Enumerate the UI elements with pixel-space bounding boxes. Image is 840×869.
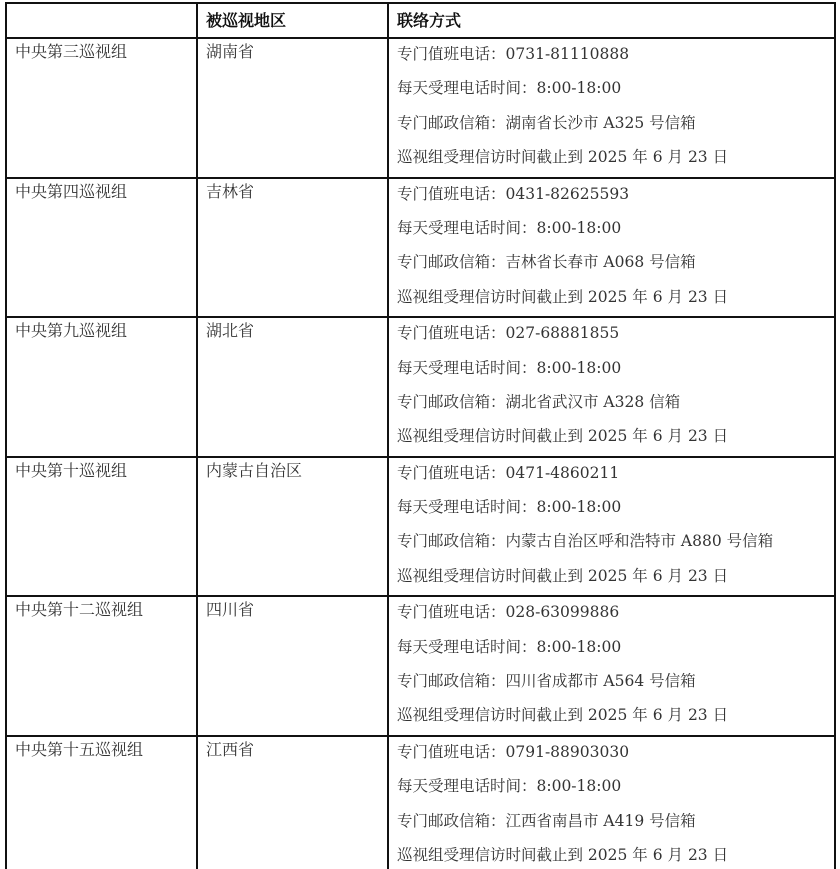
region-cell: 湖南省 xyxy=(197,38,388,178)
duty-phone: 专门值班电话：0431-82625593 xyxy=(397,179,834,213)
phone-hours: 每天受理电话时间：8:00-18:00 xyxy=(397,213,834,247)
header-group xyxy=(6,3,197,38)
group-cell: 中央第十巡视组 xyxy=(6,457,197,597)
contact-cell: 专门值班电话：0431-82625593 每天受理电话时间：8:00-18:00… xyxy=(388,178,835,318)
contact-cell: 专门值班电话：028-63099886 每天受理电话时间：8:00-18:00 … xyxy=(388,596,835,736)
petition-deadline: 巡视组受理信访时间截止到 2025 年 6 月 23 日 xyxy=(397,421,834,455)
table-row: 中央第四巡视组 吉林省 专门值班电话：0431-82625593 每天受理电话时… xyxy=(6,178,835,318)
contact-cell: 专门值班电话：0471-4860211 每天受理电话时间：8:00-18:00 … xyxy=(388,457,835,597)
region-cell: 湖北省 xyxy=(197,317,388,457)
header-contact: 联络方式 xyxy=(388,3,835,38)
region-cell: 吉林省 xyxy=(197,178,388,318)
contact-cell: 专门值班电话：027-68881855 每天受理电话时间：8:00-18:00 … xyxy=(388,317,835,457)
petition-deadline: 巡视组受理信访时间截止到 2025 年 6 月 23 日 xyxy=(397,700,834,734)
inspection-contact-table: 被巡视地区 联络方式 中央第三巡视组 湖南省 专门值班电话：0731-81110… xyxy=(5,2,836,869)
phone-hours: 每天受理电话时间：8:00-18:00 xyxy=(397,492,834,526)
phone-hours: 每天受理电话时间：8:00-18:00 xyxy=(397,353,834,387)
group-cell: 中央第四巡视组 xyxy=(6,178,197,318)
table-row: 中央第十二巡视组 四川省 专门值班电话：028-63099886 每天受理电话时… xyxy=(6,596,835,736)
table-row: 中央第三巡视组 湖南省 专门值班电话：0731-81110888 每天受理电话时… xyxy=(6,38,835,178)
duty-phone: 专门值班电话：027-68881855 xyxy=(397,318,834,352)
petition-deadline: 巡视组受理信访时间截止到 2025 年 6 月 23 日 xyxy=(397,282,834,316)
petition-deadline: 巡视组受理信访时间截止到 2025 年 6 月 23 日 xyxy=(397,142,834,176)
postal-mailbox: 专门邮政信箱：吉林省长春市 A068 号信箱 xyxy=(397,247,834,281)
phone-hours: 每天受理电话时间：8:00-18:00 xyxy=(397,632,834,666)
postal-mailbox: 专门邮政信箱：四川省成都市 A564 号信箱 xyxy=(397,666,834,700)
duty-phone: 专门值班电话：0731-81110888 xyxy=(397,39,834,73)
region-cell: 江西省 xyxy=(197,736,388,869)
postal-mailbox: 专门邮政信箱：内蒙古自治区呼和浩特市 A880 号信箱 xyxy=(397,526,834,560)
contact-cell: 专门值班电话：0791-88903030 每天受理电话时间：8:00-18:00… xyxy=(388,736,835,869)
duty-phone: 专门值班电话：0791-88903030 xyxy=(397,737,834,771)
header-region: 被巡视地区 xyxy=(197,3,388,38)
table-row: 中央第十五巡视组 江西省 专门值班电话：0791-88903030 每天受理电话… xyxy=(6,736,835,869)
duty-phone: 专门值班电话：028-63099886 xyxy=(397,597,834,631)
postal-mailbox: 专门邮政信箱：湖南省长沙市 A325 号信箱 xyxy=(397,108,834,142)
region-cell: 四川省 xyxy=(197,596,388,736)
postal-mailbox: 专门邮政信箱：湖北省武汉市 A328 信箱 xyxy=(397,387,834,421)
table-row: 中央第十巡视组 内蒙古自治区 专门值班电话：0471-4860211 每天受理电… xyxy=(6,457,835,597)
group-cell: 中央第三巡视组 xyxy=(6,38,197,178)
phone-hours: 每天受理电话时间：8:00-18:00 xyxy=(397,73,834,107)
region-cell: 内蒙古自治区 xyxy=(197,457,388,597)
table-row: 中央第九巡视组 湖北省 专门值班电话：027-68881855 每天受理电话时间… xyxy=(6,317,835,457)
petition-deadline: 巡视组受理信访时间截止到 2025 年 6 月 23 日 xyxy=(397,561,834,595)
group-cell: 中央第十二巡视组 xyxy=(6,596,197,736)
duty-phone: 专门值班电话：0471-4860211 xyxy=(397,458,834,492)
petition-deadline: 巡视组受理信访时间截止到 2025 年 6 月 23 日 xyxy=(397,840,834,869)
group-cell: 中央第十五巡视组 xyxy=(6,736,197,869)
contact-cell: 专门值班电话：0731-81110888 每天受理电话时间：8:00-18:00… xyxy=(388,38,835,178)
postal-mailbox: 专门邮政信箱：江西省南昌市 A419 号信箱 xyxy=(397,806,834,840)
phone-hours: 每天受理电话时间：8:00-18:00 xyxy=(397,771,834,805)
header-row: 被巡视地区 联络方式 xyxy=(6,3,835,38)
group-cell: 中央第九巡视组 xyxy=(6,317,197,457)
